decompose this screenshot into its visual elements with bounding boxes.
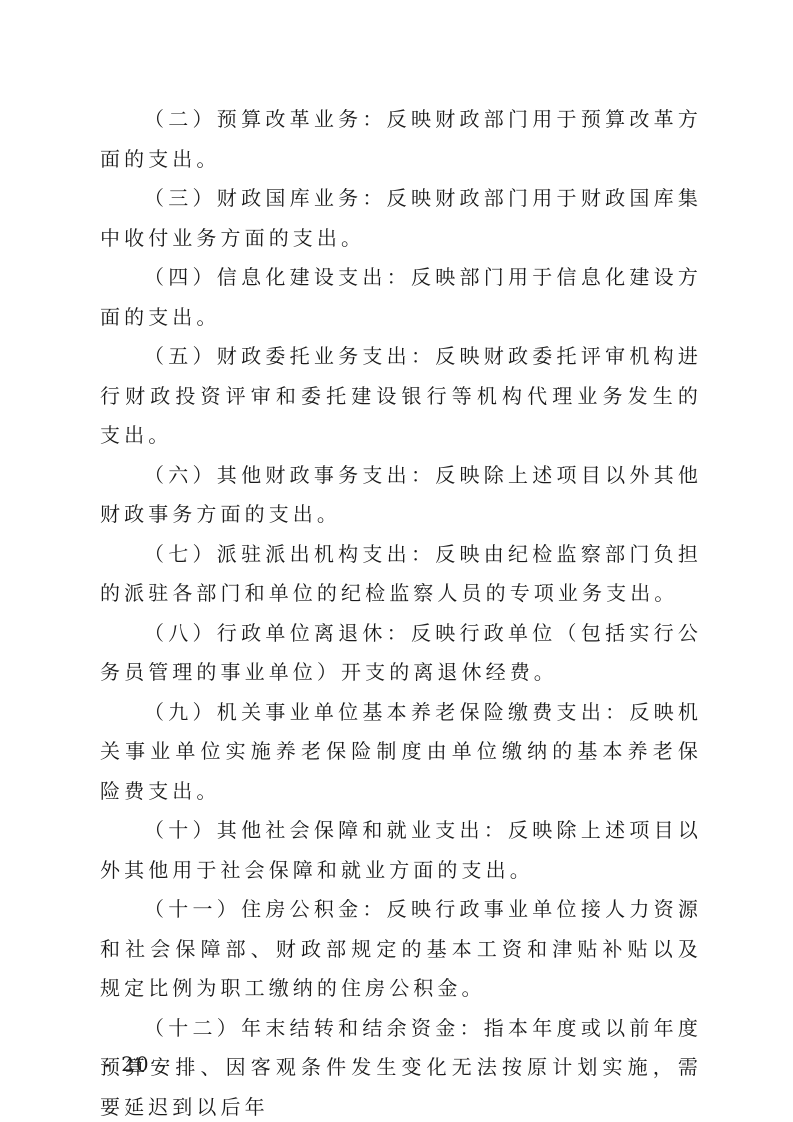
- paragraph-informatization: （四）信息化建设支出：反映部门用于信息化建设方面的支出。: [100, 258, 702, 337]
- paragraph-retirement: （八）行政单位离退休：反映行政单位（包括实行公务员管理的事业单位）开支的离退休经…: [100, 614, 702, 693]
- paragraph-entrusted-business: （五）财政委托业务支出：反映财政委托评审机构进行财政投资评审和委托建设银行等机构…: [100, 337, 702, 456]
- paragraph-other-fiscal: （六）其他财政事务支出：反映除上述项目以外其他财政事务方面的支出。: [100, 456, 702, 535]
- paragraph-carryover-funds: （十二）年末结转和结余资金：指本年度或以前年度预算安排、因客观条件发生变化无法按…: [100, 1009, 702, 1122]
- page-number: - 20 -: [104, 1052, 168, 1076]
- paragraph-treasury: （三）财政国库业务：反映财政部门用于财政国库集中收付业务方面的支出。: [100, 179, 702, 258]
- document-page: （二）预算改革业务：反映财政部门用于预算改革方面的支出。 （三）财政国库业务：反…: [0, 0, 793, 1122]
- paragraph-dispatched-agencies: （七）派驻派出机构支出：反映由纪检监察部门负担的派驻各部门和单位的纪检监察人员的…: [100, 535, 702, 614]
- paragraph-other-social-security: （十）其他社会保障和就业支出：反映除上述项目以外其他用于社会保障和就业方面的支出…: [100, 811, 702, 890]
- paragraph-housing-fund: （十一）住房公积金：反映行政事业单位接人力资源和社会保障部、财政部规定的基本工资…: [100, 890, 702, 1009]
- paragraph-pension-insurance: （九）机关事业单位基本养老保险缴费支出：反映机关事业单位实施养老保险制度由单位缴…: [100, 693, 702, 812]
- body-text: （二）预算改革业务：反映财政部门用于预算改革方面的支出。 （三）财政国库业务：反…: [100, 100, 702, 1122]
- paragraph-budget-reform: （二）预算改革业务：反映财政部门用于预算改革方面的支出。: [100, 100, 702, 179]
